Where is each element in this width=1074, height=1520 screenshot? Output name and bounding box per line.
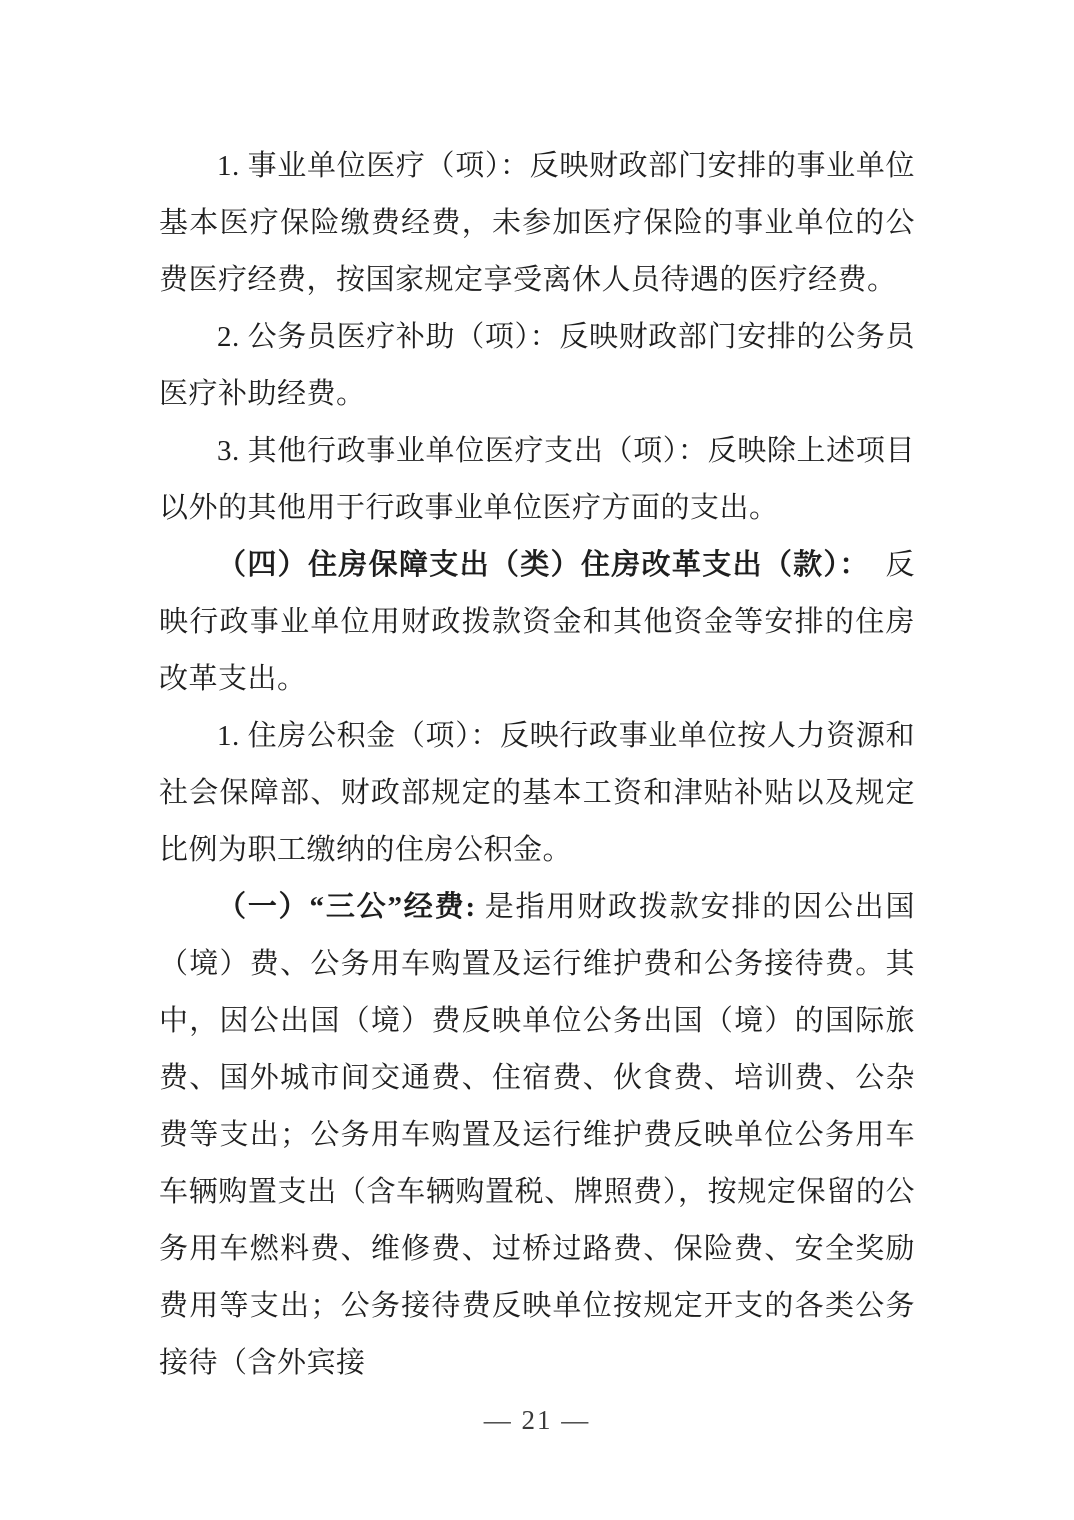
paragraph-housing-security: （四）住房保障支出（类）住房改革支出（款）： 反映行政事业单位用财政拨款资金和其… — [159, 537, 915, 708]
paragraph-civil-servant-medical: 2. 公务员医疗补助（项）：反映财政部门安排的公务员医疗补助经费。 — [159, 309, 915, 423]
page-number: — 21 — — [484, 1405, 591, 1435]
page-footer: — 21 — — [0, 1405, 1074, 1436]
document-body: 1. 事业单位医疗（项）：反映财政部门安排的事业单位基本医疗保险缴费经费，未参加… — [159, 138, 915, 1392]
paragraph-housing-fund: 1. 住房公积金（项）：反映行政事业单位按人力资源和社会保障部、财政部规定的基本… — [159, 708, 915, 879]
paragraph-three-public-funds-lead: （一）“三公”经费: — [217, 891, 476, 923]
document-page: 1. 事业单位医疗（项）：反映财政部门安排的事业单位基本医疗保险缴费经费，未参加… — [0, 0, 1074, 1520]
paragraph-medical-institutions: 1. 事业单位医疗（项）：反映财政部门安排的事业单位基本医疗保险缴费经费，未参加… — [159, 138, 915, 309]
paragraph-three-public-funds: （一）“三公”经费: 是指用财政拨款安排的因公出国（境）费、公务用车购置及运行维… — [159, 879, 915, 1392]
paragraph-housing-security-lead: （四）住房保障支出（类）住房改革支出（款）： — [217, 549, 855, 581]
paragraph-three-public-funds-rest: 是指用财政拨款安排的因公出国（境）费、公务用车购置及运行维护费和公务接待费。其中… — [159, 891, 915, 1379]
paragraph-other-medical-expense: 3. 其他行政事业单位医疗支出（项）：反映除上述项目以外的其他用于行政事业单位医… — [159, 423, 915, 537]
